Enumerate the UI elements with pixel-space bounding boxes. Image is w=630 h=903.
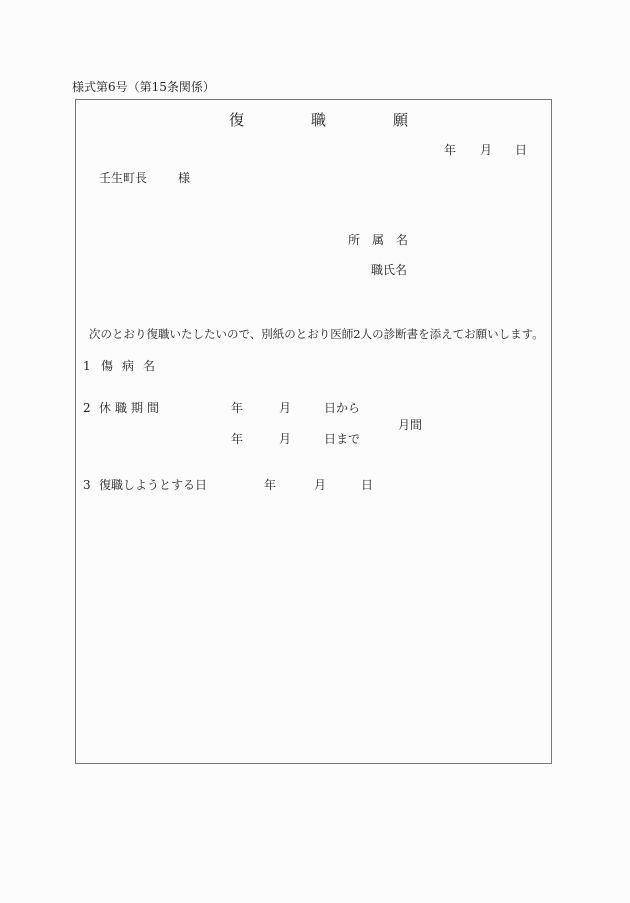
item-3-reinstatement-date-label: 復職しようとする日 [99, 479, 207, 491]
addressee-honorific: 様 [178, 172, 190, 184]
item-3-year-label: 年 [264, 479, 276, 491]
item-3-day-label: 日 [361, 479, 373, 491]
form-title: 復職願 [229, 113, 475, 128]
item-1-injury-name-label: 傷病名 [101, 360, 164, 372]
item-2-to-year-label: 年 [231, 433, 243, 445]
item-2-from-month-label: 月 [279, 402, 291, 414]
item-1-number: 1 [83, 360, 91, 372]
item-3-number: 3 [83, 479, 91, 491]
item-2-number: 2 [83, 402, 91, 414]
item-3-month-label: 月 [314, 479, 326, 491]
item-2-duration-label: 月間 [398, 419, 422, 431]
form-number-label: 様式第6号（第15条関係） [72, 78, 215, 95]
date-year-label: 年 [444, 144, 456, 156]
affiliation-label: 所属名 [348, 234, 420, 246]
form-border-box: 復職願 年 月 日 壬生町長 様 所属名 職氏名 次のとおり復職いたしたいので、… [75, 99, 552, 764]
item-2-leave-period-label: 休職期間 [99, 402, 163, 414]
date-month-label: 月 [480, 144, 492, 156]
item-2-to-month-label: 月 [279, 433, 291, 445]
request-body-text: 次のとおり復職いたしたいので、別紙のとおり医師2人の診断書を添えてお願いします。 [89, 329, 544, 341]
reinstatement-request-document: 様式第6号（第15条関係） 復職願 年 月 日 壬生町長 様 所属名 職氏名 次… [0, 0, 630, 903]
item-2-from-day-suffix: 日から [324, 402, 360, 414]
addressee-name: 壬生町長 [99, 172, 147, 184]
date-day-label: 日 [515, 144, 527, 156]
position-name-label: 職氏名 [371, 264, 407, 276]
item-2-from-year-label: 年 [231, 402, 243, 414]
item-2-to-day-suffix: 日まで [324, 433, 360, 445]
